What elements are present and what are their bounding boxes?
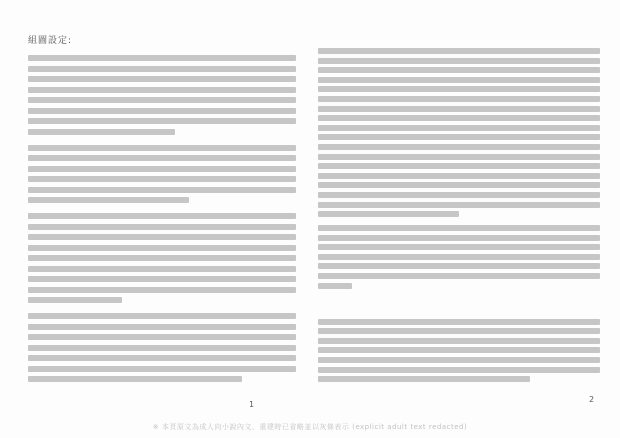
redacted-text-line — [318, 173, 600, 179]
redacted-text-line — [318, 77, 600, 83]
redacted-text-line — [318, 338, 600, 344]
page-number-2: 2 — [589, 395, 594, 404]
redacted-text-line — [318, 263, 600, 269]
redacted-text-line — [28, 166, 296, 172]
redacted-text-line — [318, 367, 600, 373]
redacted-text-line — [28, 234, 296, 240]
redacted-text-line — [318, 154, 600, 160]
redacted-text-line — [318, 67, 600, 73]
redacted-text-line — [318, 319, 600, 325]
redacted-text-line — [28, 376, 242, 382]
page-1: 組圖設定: — [28, 0, 296, 438]
redacted-text-line — [28, 129, 175, 135]
redacted-text-line — [318, 163, 600, 169]
redacted-text-line — [318, 144, 600, 150]
redacted-text-line — [318, 48, 600, 54]
redacted-text-line — [318, 273, 600, 279]
redacted-text-line — [318, 225, 600, 231]
page-number-1: 1 — [249, 400, 254, 409]
redacted-text-line — [28, 55, 296, 61]
page-2-paragraphs — [318, 48, 600, 386]
redacted-paragraph — [28, 313, 296, 382]
redacted-text-line — [318, 182, 600, 188]
redacted-paragraph — [28, 145, 296, 204]
redacted-text-line — [28, 313, 296, 319]
redacted-text-line — [28, 87, 296, 93]
redacted-text-line — [28, 176, 296, 182]
redacted-text-line — [318, 376, 530, 382]
redacted-text-line — [28, 187, 296, 193]
redacted-text-line — [318, 115, 600, 121]
redacted-text-line — [318, 192, 600, 198]
document-title: 組圖設定: — [28, 33, 72, 46]
redaction-notice: ※ 本頁原文為成人向小說內文，重建時已省略並以灰條表示 (explicit ad… — [0, 422, 620, 432]
redacted-text-line — [28, 145, 296, 151]
redacted-text-line — [28, 76, 296, 82]
redacted-text-line — [28, 118, 296, 124]
redacted-text-line — [318, 254, 600, 260]
redacted-text-line — [318, 106, 600, 112]
redacted-text-line — [318, 202, 600, 208]
redacted-text-line — [318, 357, 600, 363]
redacted-text-line — [318, 58, 600, 64]
redacted-paragraph — [28, 213, 296, 303]
redacted-text-line — [28, 255, 296, 261]
redacted-text-line — [318, 96, 600, 102]
redacted-text-line — [28, 213, 296, 219]
redacted-text-line — [28, 266, 296, 272]
redacted-text-line — [318, 347, 600, 353]
redacted-text-line — [28, 224, 296, 230]
redacted-paragraph — [318, 319, 600, 383]
redacted-text-line — [28, 355, 296, 361]
redacted-text-line — [28, 287, 296, 293]
redacted-text-line — [318, 283, 352, 289]
redacted-paragraph — [318, 225, 600, 289]
redacted-text-line — [28, 155, 296, 161]
page-1-paragraphs — [28, 55, 296, 387]
redacted-text-line — [318, 134, 600, 140]
redacted-text-line — [28, 334, 296, 340]
redacted-text-line — [28, 345, 296, 351]
redacted-text-line — [318, 244, 600, 250]
redacted-text-line — [28, 66, 296, 72]
redacted-paragraph — [28, 55, 296, 135]
redacted-text-line — [28, 108, 296, 114]
redacted-text-line — [28, 97, 296, 103]
redacted-text-line — [28, 324, 296, 330]
redacted-text-line — [318, 328, 600, 334]
document-spread: 組圖設定: 1 2 ※ 本頁原文為成人向小說內文，重建時已省略並以灰條表示 (e… — [0, 0, 620, 438]
redacted-text-line — [28, 366, 296, 372]
redacted-text-line — [318, 211, 459, 217]
page-2 — [318, 0, 600, 438]
redacted-text-line — [28, 197, 189, 203]
redacted-paragraph — [318, 48, 600, 217]
redacted-text-line — [318, 235, 600, 241]
redacted-text-line — [28, 276, 296, 282]
redacted-text-line — [28, 297, 122, 303]
redacted-text-line — [28, 245, 296, 251]
redacted-text-line — [318, 125, 600, 131]
redacted-text-line — [318, 86, 600, 92]
